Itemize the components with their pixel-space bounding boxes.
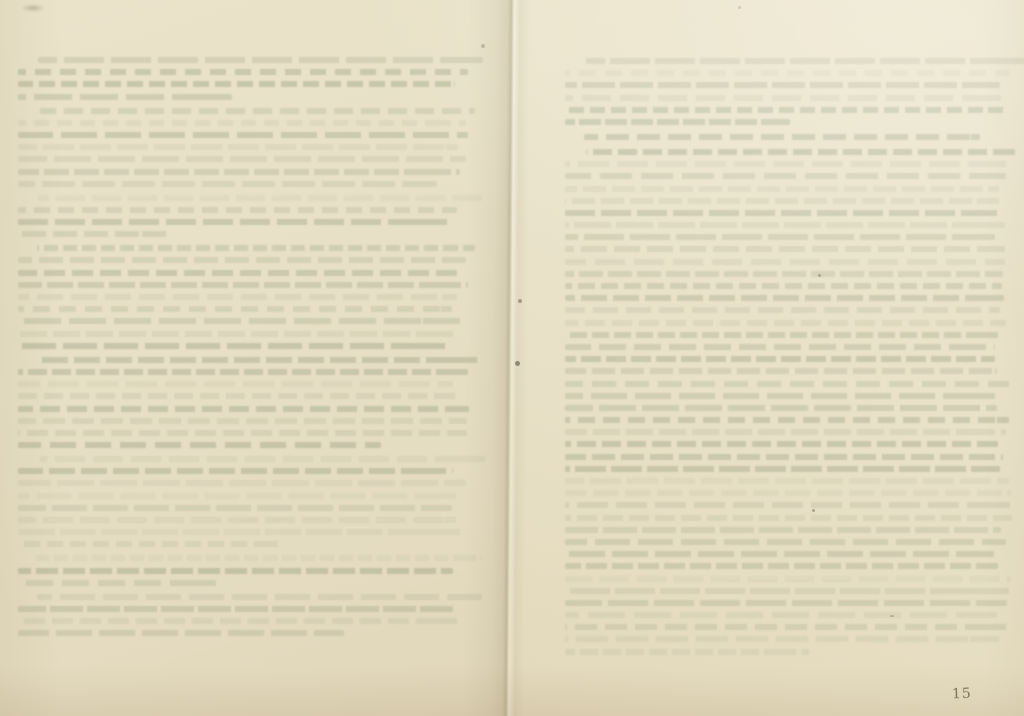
- faded-text-line: [565, 539, 1006, 545]
- faded-text-line: [18, 306, 452, 312]
- faded-text-line: [565, 551, 997, 557]
- faded-text-line: [18, 270, 457, 276]
- faded-text-line: [565, 381, 1009, 387]
- faded-text-line: [565, 454, 1003, 460]
- faded-text-line: [586, 149, 1015, 155]
- faded-text-line: [565, 295, 1004, 301]
- right-page-faded-text: [565, 58, 1012, 664]
- book-spread-scan: 15: [0, 0, 1024, 716]
- faded-text-line: [18, 541, 279, 547]
- faded-text-line: [565, 393, 995, 399]
- faded-text-line: [40, 108, 475, 114]
- faded-text-line: [18, 493, 456, 499]
- faded-text-line: [565, 95, 1001, 101]
- faded-text-line: [18, 156, 466, 162]
- faded-text-line: [565, 283, 1002, 289]
- faded-text-line: [18, 568, 453, 574]
- faded-text-line: [565, 515, 1012, 521]
- faded-text-line: [565, 429, 1006, 435]
- faded-text-line: [565, 356, 995, 362]
- faded-text-line: [565, 307, 1000, 313]
- faded-text-line: [18, 120, 466, 126]
- faded-text-line: [565, 368, 997, 374]
- faded-text-line: [40, 357, 481, 363]
- book-spine-crease: [462, 0, 530, 716]
- faded-text-line: [565, 70, 1010, 76]
- right-page: [512, 0, 1024, 716]
- faded-text-line: [18, 430, 467, 436]
- faded-text-line: [18, 207, 457, 213]
- faded-text-line: [565, 119, 790, 125]
- faded-text-line: [565, 527, 1001, 533]
- speck: [812, 509, 815, 512]
- faded-text-line: [18, 618, 458, 624]
- faded-text-line: [565, 271, 1003, 277]
- faded-text-line: [18, 369, 468, 375]
- faded-text-line: [565, 173, 1006, 179]
- faded-text-line: [18, 343, 448, 349]
- faded-paragraph: [18, 108, 470, 187]
- faded-text-line: [37, 245, 475, 251]
- page-number: 15: [952, 686, 972, 703]
- faded-text-line: [18, 442, 381, 448]
- speck: [890, 615, 894, 617]
- faded-paragraph: [565, 58, 1012, 125]
- faded-paragraph: [565, 149, 1012, 655]
- faded-text-line: [565, 624, 1006, 630]
- faded-paragraph: [18, 456, 470, 547]
- faded-paragraph: [18, 195, 470, 238]
- faded-text-line: [565, 636, 999, 642]
- faded-text-line: [565, 649, 809, 655]
- faded-text-line: [565, 332, 998, 338]
- speck: [481, 44, 485, 48]
- corner-smudge: [18, 3, 48, 13]
- faded-text-line: [565, 588, 1009, 594]
- faded-text-line: [18, 69, 468, 75]
- faded-text-line: [565, 246, 1005, 252]
- faded-text-line: [18, 219, 454, 225]
- faded-text-line: [565, 612, 997, 618]
- faded-text-line: [18, 393, 462, 399]
- faded-paragraph: [18, 594, 470, 637]
- faded-text-line: [18, 406, 469, 412]
- faded-text-line: [584, 134, 979, 140]
- speck: [515, 361, 520, 366]
- faded-text-line: [18, 630, 344, 636]
- left-page: [0, 0, 512, 716]
- faded-text-line: [18, 517, 456, 523]
- faded-text-line: [565, 563, 998, 569]
- faded-text-line: [18, 231, 169, 237]
- faded-text-line: [565, 417, 1009, 423]
- faded-text-line: [565, 186, 999, 192]
- speck: [818, 274, 821, 277]
- faded-paragraph: [565, 134, 1012, 140]
- faded-text-line: [38, 195, 482, 201]
- faded-paragraph: [18, 57, 470, 100]
- faded-text-line: [565, 210, 1003, 216]
- faded-text-line: [18, 94, 232, 100]
- faded-text-line: [18, 257, 466, 263]
- faded-text-line: [565, 222, 1005, 228]
- faded-text-line: [40, 456, 484, 462]
- faded-text-line: [565, 478, 1009, 484]
- faded-text-line: [565, 490, 1011, 496]
- speck: [738, 6, 741, 9]
- faded-text-line: [18, 318, 462, 324]
- faded-text-line: [18, 381, 453, 387]
- faded-text-line: [18, 480, 466, 486]
- faded-text-line: [18, 580, 217, 586]
- faded-text-line: [565, 259, 1005, 265]
- faded-text-line: [565, 502, 1010, 508]
- faded-text-line: [565, 576, 1011, 582]
- faded-text-line: [18, 529, 464, 535]
- faded-text-line: [565, 198, 999, 204]
- faded-text-line: [18, 294, 457, 300]
- faded-text-line: [565, 161, 1006, 167]
- faded-text-line: [565, 82, 1000, 88]
- faded-text-line: [565, 344, 995, 350]
- faded-text-line: [18, 282, 468, 288]
- faded-text-line: [18, 144, 458, 150]
- faded-text-line: [18, 169, 460, 175]
- faded-text-line: [565, 405, 997, 411]
- faded-paragraph: [18, 245, 470, 349]
- faded-text-line: [565, 320, 1006, 326]
- faded-text-line: [565, 441, 998, 447]
- faded-text-line: [18, 181, 437, 187]
- faded-text-line: [18, 606, 453, 612]
- faded-text-line: [18, 468, 453, 474]
- faded-paragraph: [18, 357, 470, 448]
- faded-text-line: [586, 58, 1024, 64]
- faded-text-line: [37, 594, 482, 600]
- faded-text-line: [36, 555, 482, 561]
- faded-text-line: [565, 466, 1000, 472]
- faded-text-line: [18, 505, 452, 511]
- faded-text-line: [565, 600, 1007, 606]
- faded-text-line: [38, 57, 483, 63]
- faded-text-line: [18, 418, 467, 424]
- speck: [518, 299, 522, 303]
- faded-text-line: [18, 331, 457, 337]
- left-page-faded-text: [18, 57, 470, 644]
- faded-text-line: [18, 132, 468, 138]
- faded-paragraph: [18, 555, 470, 585]
- faded-text-line: [565, 107, 1005, 113]
- faded-text-line: [565, 234, 995, 240]
- faded-text-line: [18, 81, 455, 87]
